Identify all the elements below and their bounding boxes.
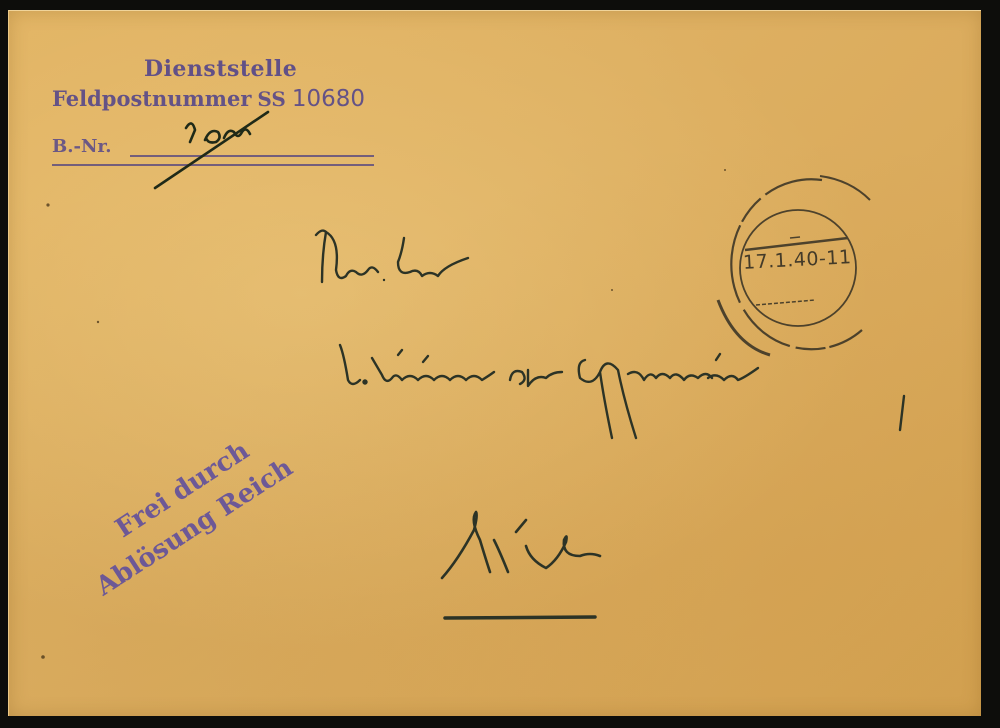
stamp-dienststelle: Dienststelle: [144, 56, 297, 82]
sender-stamp: Dienststelle FeldpostnummerSS10680 B.-Nr…: [44, 52, 384, 172]
feldpostnummer-value: 10680: [292, 86, 365, 112]
address-line2: 2. Kommandeur der Offiziersschüler,: [0, 0, 1, 1]
address-line1: An den: [0, 0, 1, 1]
handwritten-bnr-value: 1040: [0, 0, 1, 1]
stamp-bnr-label: B.-Nr.: [52, 136, 112, 157]
address-line3: Kiel: [0, 0, 1, 1]
feldpostnummer-label: Feldpostnummer: [52, 86, 251, 111]
stamp-feldpostnummer: FeldpostnummerSS10680: [52, 86, 365, 112]
ss-symbol: SS: [257, 87, 285, 111]
stamp-bottom-rule: [52, 164, 374, 166]
bnr-underline: [130, 155, 374, 157]
